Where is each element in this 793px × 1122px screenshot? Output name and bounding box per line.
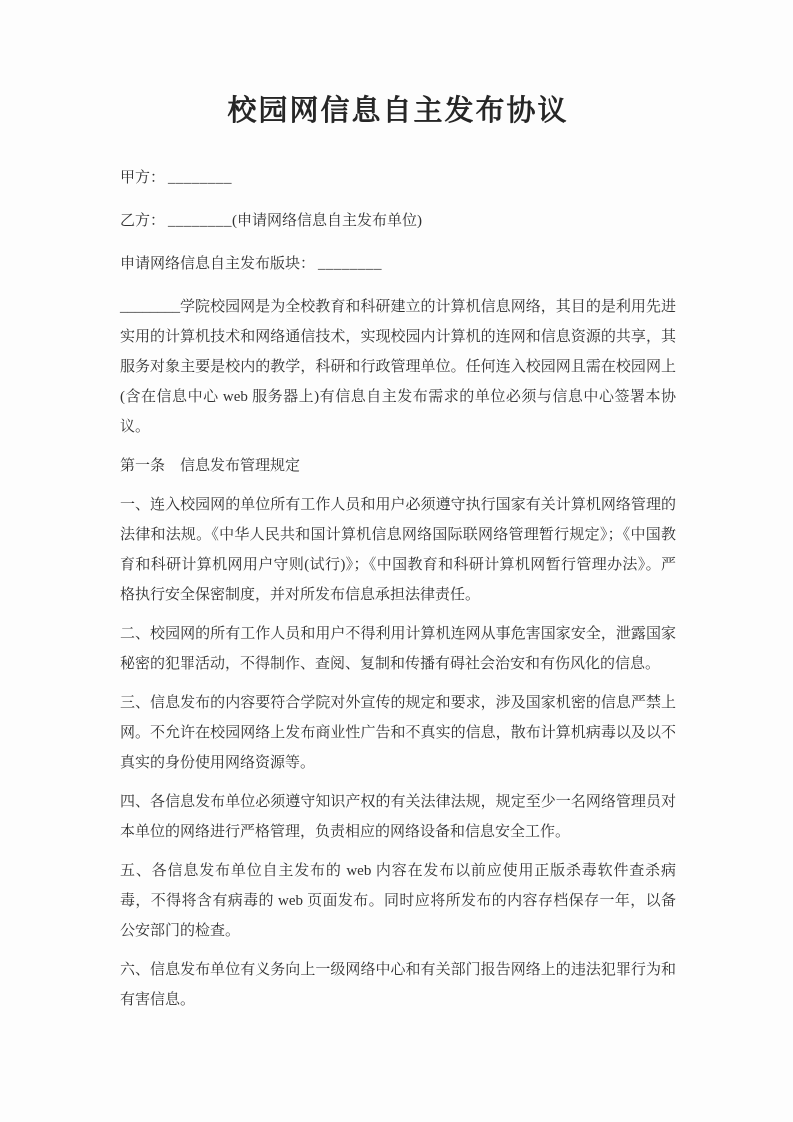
field-party-b-blank: ________	[168, 213, 232, 229]
field-party-b-label: 乙方：	[120, 213, 165, 229]
field-party-b-suffix: (申请网络信息自主发布单位)	[232, 213, 422, 229]
clause-4: 四、各信息发布单位必须遵守知识产权的有关法律法规，规定至少一名网络管理员对本单位…	[120, 787, 676, 847]
document-title: 校园网信息自主发布协议	[120, 88, 676, 129]
document-page: 校园网信息自主发布协议 甲方：________ 乙方：________(申请网络…	[0, 0, 793, 1122]
field-publish-board-label: 申请网络信息自主发布版块：	[120, 256, 315, 272]
field-party-a-label: 甲方：	[120, 170, 165, 186]
field-publish-board-blank: ________	[318, 256, 382, 272]
intro-paragraph: ________学院校园网是为全校教育和科研建立的计算机信息网络，其目的是利用先…	[120, 292, 676, 442]
clause-5: 五、各信息发布单位自主发布的 web 内容在发布以前应使用正版杀毒软件查杀病毒，…	[120, 856, 676, 946]
clause-2: 二、校园网的所有工作人员和用户不得利用计算机连网从事危害国家安全，泄露国家秘密的…	[120, 619, 676, 679]
clause-3: 三、信息发布的内容要符合学院对外宣传的规定和要求，涉及国家机密的信息严禁上网。不…	[120, 688, 676, 778]
section-heading: 第一条 信息发布管理规定	[120, 451, 676, 481]
field-party-a-blank: ________	[168, 170, 232, 186]
field-publish-board: 申请网络信息自主发布版块：________	[120, 249, 676, 279]
clause-6: 六、信息发布单位有义务向上一级网络中心和有关部门报告网络上的违法犯罪行为和有害信…	[120, 955, 676, 1015]
clause-1: 一、连入校园网的单位所有工作人员和用户必须遵守执行国家有关计算机网络管理的法律和…	[120, 490, 676, 610]
field-party-a: 甲方：________	[120, 163, 676, 193]
field-party-b: 乙方：________(申请网络信息自主发布单位)	[120, 206, 676, 236]
